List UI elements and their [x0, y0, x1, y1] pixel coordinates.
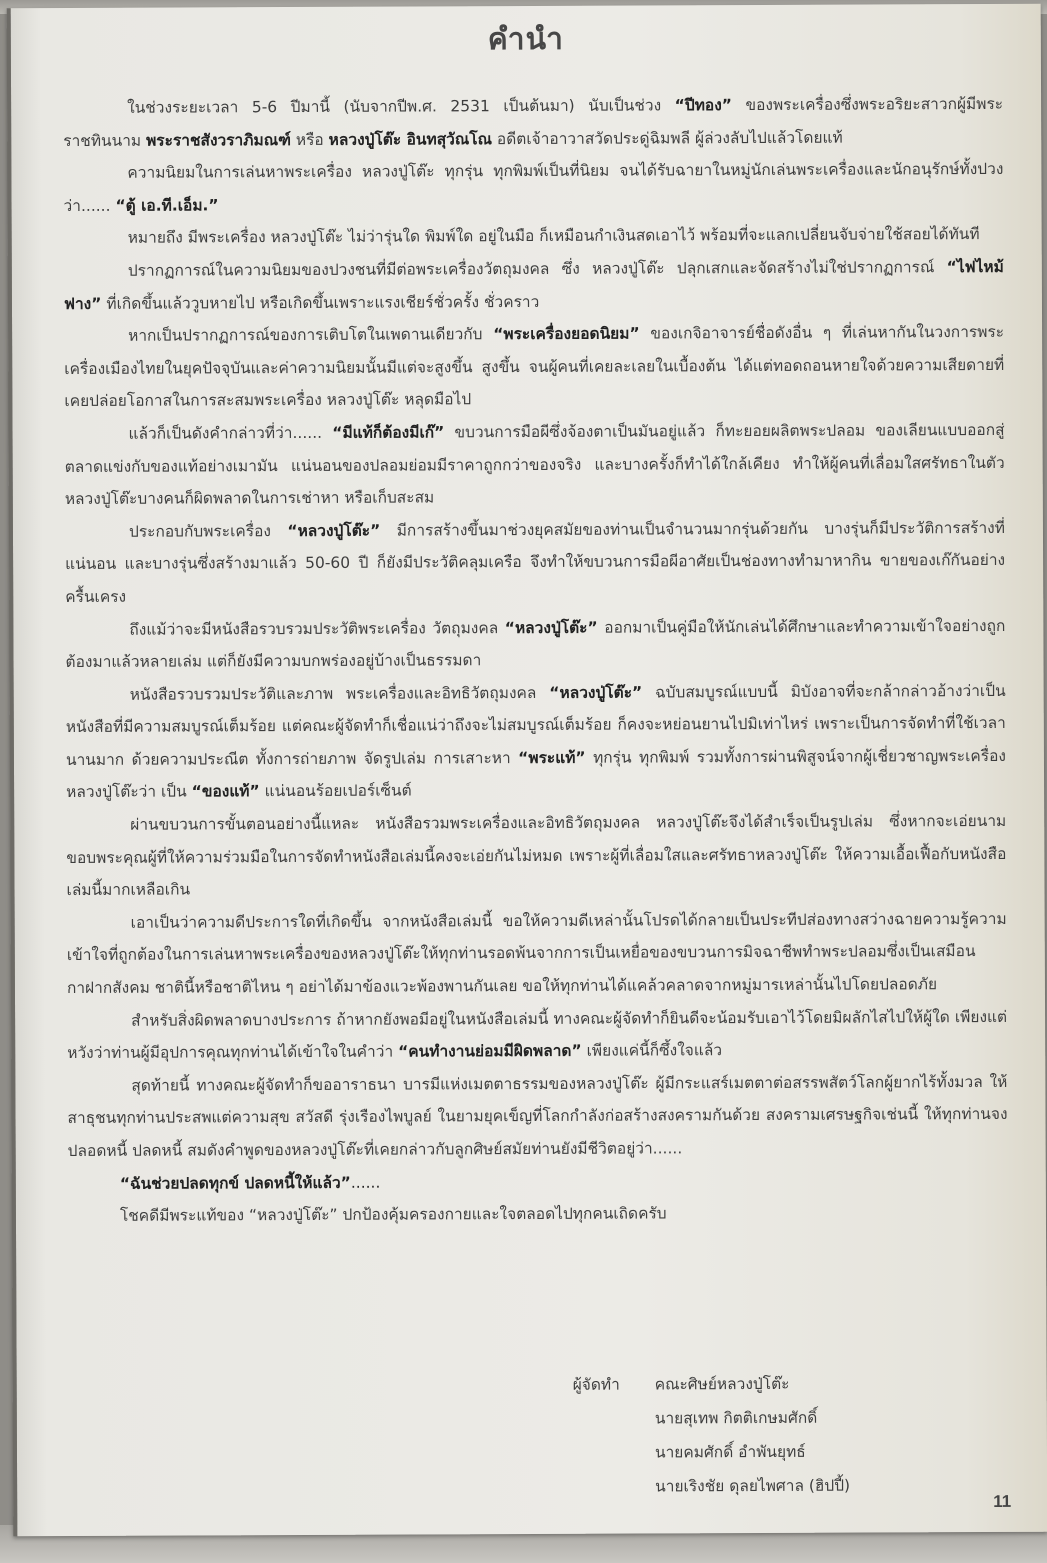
paragraph: เอาเป็นว่าความดีประการใดที่เกิดขึ้น จากห… — [67, 903, 1007, 1005]
paragraph-text: หรือ — [291, 130, 329, 148]
paragraph: สำหรับสิ่งผิดพลาดบางประการ ถ้าหากยังพอมี… — [67, 1001, 1007, 1070]
emphasis-text: พระราชสังวราภิมณฑ์ — [146, 131, 291, 150]
paragraph-text: ถึงแม้ว่าจะมีหนังสือรวบรวมประวัติพระเครื… — [129, 619, 504, 639]
quote-line: “ฉันช่วยปลดทุกข์ ปลดหนี้ให้แล้ว”...... — [68, 1164, 1008, 1201]
paragraph: หนังสือรวบรวมประวัติและภาพ พระเครื่องและ… — [66, 675, 1007, 809]
paragraph: ผ่านขบวนการขั้นตอนอย่างนี้แหละ หนังสือรว… — [66, 805, 1006, 907]
paragraph-text: หนังสือรวบรวมประวัติและภาพ พระเครื่องและ… — [130, 684, 550, 704]
paragraph-text: ที่เกิดขึ้นแล้ววูบหายไป หรือเกิดขึ้นเพรา… — [101, 293, 539, 313]
emphasis-text: หลวงปู่โต๊ะ อินทสุวัณโณ — [329, 130, 492, 149]
signature-name: คณะศิษย์หลวงปู่โต๊ะ — [655, 1367, 850, 1402]
signature-name: นายสุเทพ กิตติเกษมศักดิ์ — [655, 1401, 850, 1436]
signature-label: ผู้จัดทำ — [573, 1367, 656, 1503]
paragraph: หมายถึง มีพระเครื่อง หลวงปู่โต๊ะ ไม่ว่าร… — [64, 218, 1004, 255]
book-page: คำนำ ในช่วงระยะเวลา 5-6 ปีมานี้ (นับจากป… — [7, 4, 1047, 1536]
emphasis-text: “ตู้ เอ.ที.เอ็ม.” — [115, 196, 218, 214]
paragraph-text: อดีตเจ้าอาวาสวัดประดู่ฉิมพลี ผู้ล่วงลับไ… — [492, 128, 843, 148]
paragraph: ความนิยมในการเล่นหาพระเครื่อง หลวงปู่โต๊… — [63, 153, 1003, 222]
paragraph-text: ปรากฏการณ์ในความนิยมของปวงชนที่มีต่อพระเ… — [128, 258, 947, 280]
emphasis-text: “หลวงปู่โต๊ะ” — [505, 618, 598, 636]
paragraph-text: ประกอบกับพระเครื่อง — [129, 522, 287, 541]
paragraph-list: ในช่วงระยะเวลา 5-6 ปีมานี้ (นับจากปีพ.ศ.… — [63, 88, 1008, 1168]
emphasis-text: “พระเครื่องยอดนิยม” — [493, 325, 640, 344]
signature-names: คณะศิษย์หลวงปู่โต๊ะ นายสุเทพ กิตติเกษมศั… — [655, 1367, 851, 1504]
paragraph: ถึงแม้ว่าจะมีหนังสือรวบรวมประวัติพระเครื… — [65, 609, 1005, 678]
paragraph-text: ในช่วงระยะเวลา 5-6 ปีมานี้ (นับจากปีพ.ศ.… — [127, 96, 675, 116]
emphasis-text: “พระแท้” — [518, 749, 586, 767]
signature-name: นายเริงชัย ดุลยไพศาล (ฮิปปี้) — [655, 1469, 850, 1504]
paragraph-text: เอาเป็นว่าความดีประการใดที่เกิดขึ้น จากห… — [67, 910, 1007, 997]
paragraph-text: เพียงแค่นี้ก็ซึ้งใจแล้ว — [582, 1041, 722, 1060]
emphasis-text: “หลวงปู่โต๊ะ” — [549, 683, 642, 701]
paragraph-text: หากเป็นปรากฏการณ์ของการเติบโตในเพดานเดีย… — [128, 325, 493, 345]
paragraph-text: สุดท้ายนี้ ทางคณะผู้จัดทำก็ขออาราธนา บาร… — [67, 1073, 1007, 1160]
page-number: 11 — [993, 1492, 1011, 1512]
closing-suffix: ปกป้องคุ้มครองกายและใจตลอดไปทุกคนเถิดครั… — [337, 1205, 666, 1224]
emphasis-text: “ปีทอง” — [675, 96, 732, 114]
quote-text: “ฉันช่วยปลดทุกข์ ปลดหนี้ให้แล้ว” — [120, 1173, 351, 1192]
paragraph-text: ผ่านขบวนการขั้นตอนอย่างนี้แหละ หนังสือรว… — [66, 812, 1006, 899]
page-title: คำนำ — [11, 14, 1041, 65]
paragraph-text: แน่นอนร้อยเปอร์เซ็นต์ — [260, 782, 412, 801]
paragraph: ปรากฏการณ์ในความนิยมของปวงชนที่มีต่อพระเ… — [64, 251, 1004, 320]
closing-prefix: โชคดีมีพระแท้ของ — [120, 1206, 249, 1225]
emphasis-text: “ของแท้” — [192, 783, 260, 801]
paragraph: ประกอบกับพระเครื่อง “หลวงปู่โต๊ะ” มีการส… — [65, 512, 1005, 614]
foreword-body: ในช่วงระยะเวลา 5-6 ปีมานี้ (นับจากปีพ.ศ.… — [63, 88, 1008, 1233]
closing-line: โชคดีมีพระแท้ของ “หลวงปู่โต๊ะ” ปกป้องคุ้… — [68, 1196, 1008, 1233]
paragraph: แล้วก็เป็นดังคำกล่าวที่ว่า...... “มีแท้ก… — [64, 414, 1004, 516]
emphasis-text: “คนทำงานย่อมมีผิดพลาด” — [398, 1042, 582, 1061]
paragraph: ในช่วงระยะเวลา 5-6 ปีมานี้ (นับจากปีพ.ศ.… — [63, 88, 1003, 157]
emphasis-text: “มีแท้ก็ต้องมีเก๊” — [332, 423, 444, 441]
signature-name: นายคมศักดิ์ อำพันยุทธ์ — [655, 1435, 850, 1470]
closing-name: “หลวงปู่โต๊ะ” — [249, 1206, 338, 1224]
paragraph-text: หมายถึง มีพระเครื่อง หลวงปู่โต๊ะ ไม่ว่าร… — [128, 225, 980, 247]
signature-block: ผู้จัดทำ คณะศิษย์หลวงปู่โต๊ะ นายสุเทพ กิ… — [573, 1367, 851, 1504]
quote-suffix: ...... — [351, 1173, 381, 1191]
emphasis-text: “หลวงปู่โต๊ะ” — [287, 521, 380, 539]
paragraph: หากเป็นปรากฏการณ์ของการเติบโตในเพดานเดีย… — [64, 316, 1004, 418]
paragraph-text: แล้วก็เป็นดังคำกล่าวที่ว่า...... — [128, 424, 332, 443]
paragraph: สุดท้ายนี้ ทางคณะผู้จัดทำก็ขออาราธนา บาร… — [67, 1066, 1007, 1168]
